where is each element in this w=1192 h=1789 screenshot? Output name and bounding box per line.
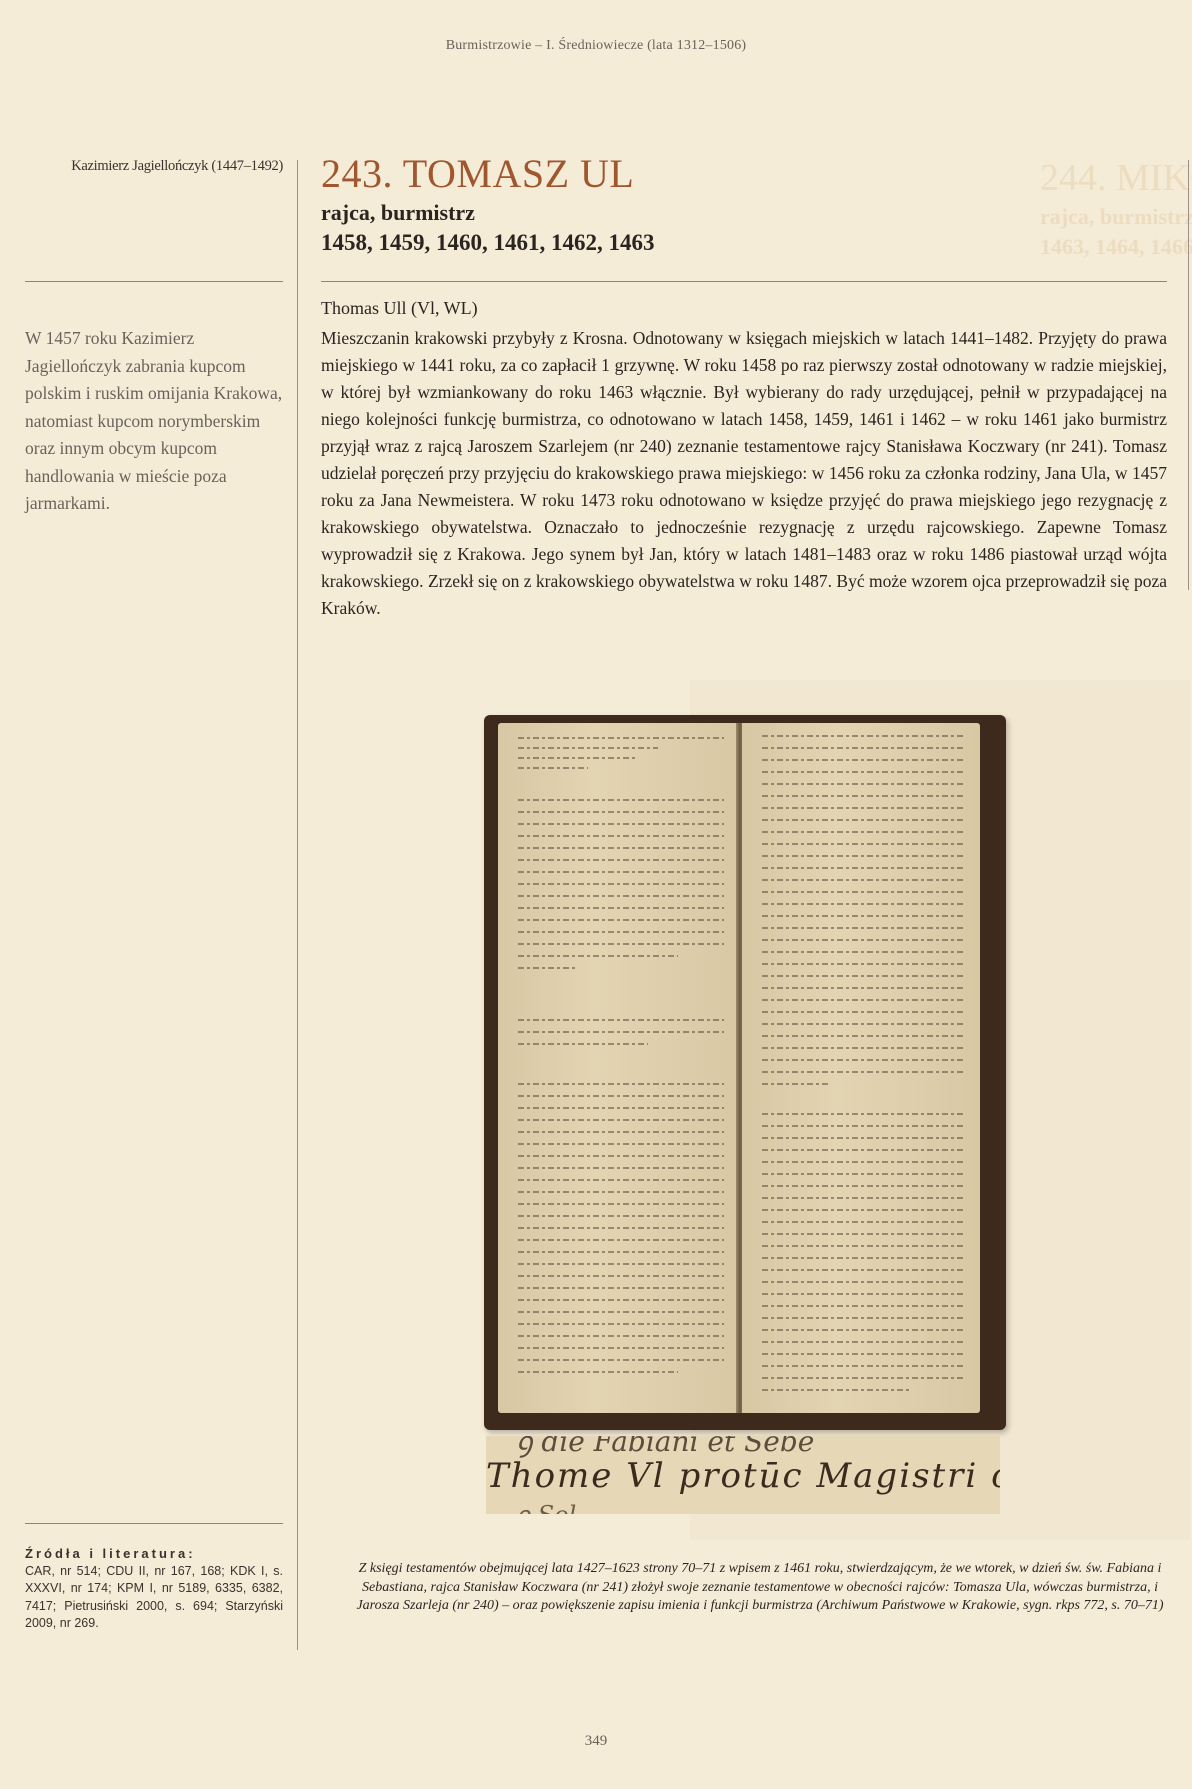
right-margin-rule <box>1188 160 1189 590</box>
entry-role: rajca, burmistrz <box>321 200 1167 226</box>
reign-label: Kazimierz Jagiellończyk (1447–1492) <box>25 158 283 175</box>
sidebar-divider-top <box>25 281 283 282</box>
running-header: Burmistrzowie – I. Średniowiecze (lata 1… <box>0 38 1192 54</box>
side-note: W 1457 roku Kazimierz Jagiellończyk zabr… <box>25 325 283 518</box>
entry-divider <box>321 281 1167 282</box>
biography-text: Mieszczanin krakowski przybyły z Krosna.… <box>321 325 1167 622</box>
figure-caption: Z księgi testamentów obejmującej lata 14… <box>350 1560 1170 1616</box>
detail-line-main: Thome Vl protūc Magistri ciuium <box>486 1456 1000 1496</box>
sources-heading: Źródła i literatura: <box>25 1545 283 1563</box>
sources-text: CAR, nr 514; CDU II, nr 167, 168; KDK I,… <box>25 1563 283 1633</box>
page-number: 349 <box>0 1733 1192 1750</box>
manuscript-book-image <box>484 715 1006 1430</box>
sidebar-divider-bottom <box>25 1523 283 1524</box>
entry-title: 243. TOMASZ UL <box>321 150 1167 197</box>
handwriting-detail-image: ꝯ die Fabiani et Sebe Thome Vl protūc Ma… <box>486 1436 1000 1514</box>
sources-block: Źródła i literatura: CAR, nr 514; CDU II… <box>25 1545 283 1633</box>
column-divider <box>297 160 298 1650</box>
entry-years: 1458, 1459, 1460, 1461, 1462, 1463 <box>321 230 1167 256</box>
manuscript-left-page <box>498 723 738 1413</box>
detail-line-bottom: ꝯ Sol <box>516 1498 576 1514</box>
manuscript-right-page <box>742 723 980 1413</box>
name-variant: Thomas Ull (Vl, WL) <box>321 298 1167 319</box>
